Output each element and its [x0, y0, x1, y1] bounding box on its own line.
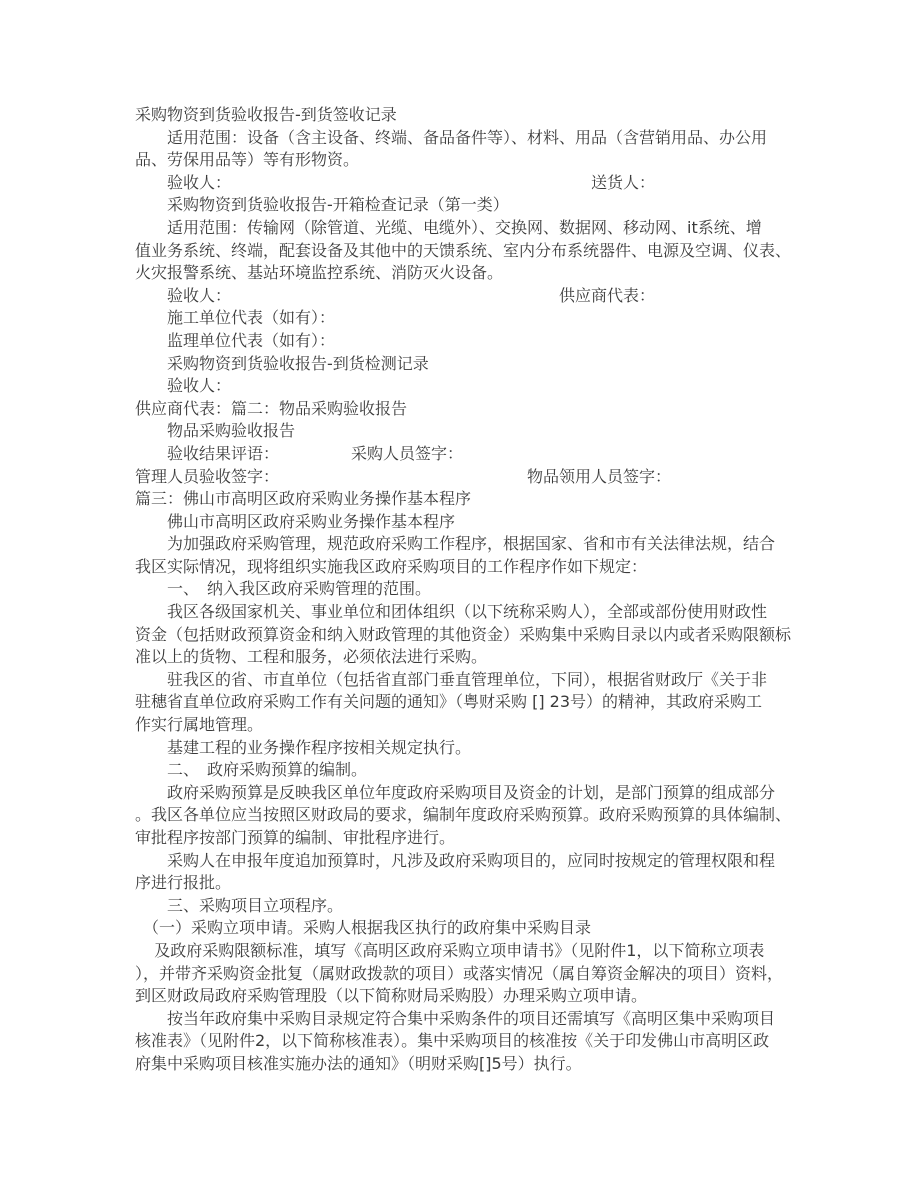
- text-line: 火灾报警系统、基站环境监控系统、消防灭火设备。: [135, 262, 835, 285]
- text-line: 基建工程的业务操作程序按相关规定执行。: [135, 737, 835, 760]
- text-line: （一）采购立项申请。采购人根据我区执行的政府集中采购目录: [135, 917, 835, 940]
- text-line: 采购物资到货验收报告-到货检测记录: [135, 353, 835, 376]
- text-line: 核准表》（见附件2，以下简称核准表）。集中采购项目的核准按《关于印发佛山市高明区…: [135, 1030, 835, 1053]
- text-line: 监理单位代表（如有）：: [135, 330, 835, 353]
- text-line: 序进行报批。: [135, 872, 835, 895]
- text-line: 。我区各单位应当按照区财政局的要求，编制年度政府采购预算。政府采购预算的具体编制…: [135, 804, 835, 827]
- text-line: 适用范围：传输网（除管道、光缆、电缆外）、交换网、数据网、移动网、it系统、增: [135, 217, 835, 240]
- text-line: 府集中采购项目核准实施办法的通知》（明财采购[]5号）执行。: [135, 1053, 835, 1076]
- text-line: 政府采购预算是反映我区单位年度政府采购项目及资金的计划，是部门预算的组成部分: [135, 782, 835, 805]
- text-line: 驻我区的省、市直单位（包括省直部门垂直管理单位，下同），根据省财政厅《关于非: [135, 669, 835, 692]
- document-text-block: 采购物资到货验收报告-到货签收记录适用范围：设备（含主设备、终端、备品备件等）、…: [135, 104, 835, 1076]
- text-line: 我区各级国家机关、事业单位和团体组织（以下统称采购人），全部或部份使用财政性: [135, 601, 835, 624]
- document-page: 采购物资到货验收报告-到货签收记录适用范围：设备（含主设备、终端、备品备件等）、…: [0, 0, 920, 1191]
- text-line: 施工单位代表（如有）：: [135, 307, 835, 330]
- text-line: 篇三：佛山市高明区政府采购业务操作基本程序: [135, 488, 835, 511]
- text-line: 佛山市高明区政府采购业务操作基本程序: [135, 511, 835, 534]
- text-line: 到区财政局政府采购管理股（以下简称财局采购股）办理采购立项申请。: [135, 985, 835, 1008]
- text-line: 驻穗省直单位政府采购工作有关问题的通知》（粤财采购 [] 23号）的精神，其政府…: [135, 691, 835, 714]
- text-line: 验收结果评语： 采购人员签字：: [135, 443, 835, 466]
- text-line: 采购物资到货验收报告-到货签收记录: [135, 104, 835, 127]
- text-line: 资金（包括财政预算资金和纳入财政管理的其他资金）采购集中采购目录以内或者采购限额…: [135, 624, 835, 647]
- text-line: 验收人： 供应商代表：: [135, 285, 835, 308]
- text-line: 验收人：: [135, 375, 835, 398]
- text-line: 为加强政府采购管理，规范政府采购工作程序，根据国家、省和市有关法律法规，结合: [135, 533, 835, 556]
- text-line: 值业务系统、终端，配套设备及其他中的天馈系统、室内分布系统器件、电源及空调、仪表…: [135, 240, 835, 263]
- text-line: 一、 纳入我区政府采购管理的范围。: [135, 578, 835, 601]
- text-line: 管理人员验收签字： 物品领用人员签字：: [135, 466, 835, 489]
- text-line: 我区实际情况，现将组织实施我区政府采购项目的工作程序作如下规定：: [135, 556, 835, 579]
- text-line: 作实行属地管理。: [135, 714, 835, 737]
- text-line: 及政府采购限额标准，填写《高明区政府采购立项申请书》（见附件1，以下简称立项表: [135, 940, 835, 963]
- text-line: 验收人： 送货人：: [135, 172, 835, 195]
- text-line: 三、采购项目立项程序。: [135, 895, 835, 918]
- text-line: 准以上的货物、工程和服务，必须依法进行采购。: [135, 646, 835, 669]
- text-line: ），并带齐采购资金批复（属财政拨款的项目）或落实情况（属自筹资金解决的项目）资料…: [135, 963, 835, 986]
- text-line: 二、 政府采购预算的编制。: [135, 759, 835, 782]
- text-line: 供应商代表：篇二：物品采购验收报告: [135, 398, 835, 421]
- text-line: 品、劳保用品等）等有形物资。: [135, 149, 835, 172]
- text-line: 采购人在申报年度追加预算时，凡涉及政府采购项目的，应同时按规定的管理权限和程: [135, 850, 835, 873]
- text-line: 审批程序按部门预算的编制、审批程序进行。: [135, 827, 835, 850]
- text-line: 适用范围：设备（含主设备、终端、备品备件等）、材料、用品（含营销用品、办公用: [135, 127, 835, 150]
- text-line: 按当年政府集中采购目录规定符合集中采购条件的项目还需填写《高明区集中采购项目: [135, 1008, 835, 1031]
- text-line: 采购物资到货验收报告-开箱检查记录（第一类）: [135, 194, 835, 217]
- text-line: 物品采购验收报告: [135, 420, 835, 443]
